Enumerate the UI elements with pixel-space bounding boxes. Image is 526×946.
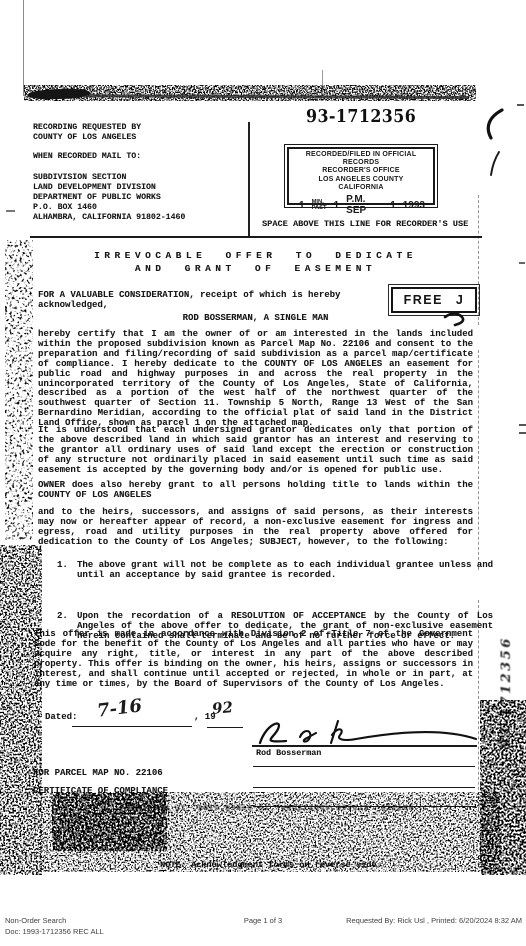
- space-above-line-label: SPACE ABOVE THIS LINE FOR RECORDER'S USE: [262, 220, 468, 230]
- recorder-stamp-box: RECORDED/FILED IN OFFICIAL RECORDS RECOR…: [287, 147, 435, 205]
- condition-number: 1.: [57, 561, 68, 571]
- date-underline: [72, 726, 192, 727]
- grantor-name: ROD BOSSERMAN, A SINGLE MAN: [38, 314, 473, 324]
- mail-to-line: P.O. BOX 1460: [33, 203, 243, 213]
- stamp-minutes: 1: [299, 200, 305, 211]
- blank-signature-line: [253, 787, 475, 788]
- scan-artifact: [28, 94, 468, 98]
- mail-to-line: ALHAMBRA, CALIFORNIA 91802-1460: [33, 213, 243, 223]
- scan-artifact: [478, 195, 479, 325]
- parcel-map-line: FOR PARCEL MAP NO. 22106: [33, 769, 163, 779]
- signature-line: [252, 745, 477, 747]
- margin-doc-number: 93-1712356: [499, 636, 514, 748]
- paragraph-certify: hereby certify that I am the owner of or…: [38, 330, 473, 429]
- footer-doc-id: Doc: 1993-1712356 REC ALL: [5, 926, 104, 937]
- note-line: NOTE: Acknowledgment forms on reverse si…: [160, 861, 382, 871]
- handwritten-year: 92: [211, 698, 233, 718]
- recording-requested-block: RECORDING REQUESTED BY COUNTY OF LOS ANG…: [33, 123, 243, 223]
- stamp-year: 1993: [403, 200, 425, 211]
- paragraph-understood: It is understood that each undersigned g…: [38, 426, 473, 476]
- reverse-showthrough-text: NOTICE: ATTACH ADDITIONAL TO OTHER SIDE,…: [110, 802, 422, 810]
- mail-to-line: SUBDIVISION SECTION: [33, 173, 243, 183]
- scan-artifact: [519, 424, 526, 426]
- scan-artifact: [478, 350, 479, 570]
- free-stamp: FREE J: [391, 287, 477, 313]
- mail-to-line: LAND DEVELOPMENT DIVISION: [33, 183, 243, 193]
- title-line-2: AND GRANT OF EASEMENT: [38, 262, 473, 275]
- dated-label: Dated:: [45, 713, 77, 723]
- mail-to-label: WHEN RECORDED MAIL TO:: [33, 152, 243, 162]
- scan-artifact: [517, 104, 524, 106]
- scan-noise: [0, 545, 42, 875]
- scan-artifact: [28, 88, 90, 100]
- scan-artifact: [519, 432, 526, 434]
- scan-artifact: [519, 262, 525, 264]
- scan-artifact: [482, 108, 508, 142]
- signer-typed-name: Rod Bosserman: [256, 749, 321, 759]
- scan-artifact: [23, 0, 24, 96]
- scan-noise: [24, 85, 476, 101]
- paragraph-heirs: and to the heirs, successors, and assign…: [38, 508, 473, 548]
- document-title: IRREVOCABLE OFFER TO DEDICATE AND GRANT …: [38, 249, 473, 275]
- recording-requested-line: COUNTY OF LOS ANGELES: [33, 133, 243, 143]
- condition-text: The above grant will not be complete as …: [77, 560, 493, 580]
- stamp-ampm-date: P.M. SEP: [346, 194, 383, 216]
- scan-noise: [5, 240, 33, 540]
- document-page: 93-1712356 RECORDING REQUESTED BY COUNTY…: [0, 0, 526, 946]
- header-rule: [30, 236, 482, 238]
- certificate-line: CERTIFICATE OF COMPLIANCE: [33, 787, 168, 797]
- blank-signature-line: [253, 766, 475, 767]
- consideration-line: FOR A VALUABLE CONSIDERATION, receipt of…: [38, 291, 398, 311]
- mail-to-line: DEPARTMENT OF PUBLIC WORKS: [33, 193, 243, 203]
- stamp-time-row: 1 MIN. PAST 1 P.M. SEP 1 1993: [289, 192, 433, 216]
- signature-scrawl: [250, 716, 482, 748]
- paragraph-offer: This offer is made in accordance with Di…: [34, 630, 473, 689]
- condition-number: 2.: [57, 612, 68, 622]
- free-stamp-text: FREE J: [404, 293, 465, 307]
- scan-artifact: [322, 70, 323, 96]
- footer-requested-by: Requested By: Rick Usl , Printed: 6/20/2…: [346, 915, 522, 926]
- handwritten-date: 7-16: [96, 695, 143, 721]
- paragraph-owner-grant: OWNER does also hereby grant to all pers…: [38, 481, 473, 501]
- scan-artifact: [6, 210, 15, 212]
- stamp-day: 1: [390, 200, 396, 211]
- stamp-past-label: PAST: [312, 205, 327, 211]
- condition-item-1: 1. The above grant will not be complete …: [57, 561, 493, 581]
- stamp-line: RECORDED/FILED IN OFFICIAL RECORDS: [289, 151, 433, 167]
- title-line-1: IRREVOCABLE OFFER TO DEDICATE: [38, 249, 473, 262]
- stamp-line: RECORDER'S OFFICE: [289, 167, 433, 175]
- year-underline: [207, 727, 243, 728]
- recording-requested-line: RECORDING REQUESTED BY: [33, 123, 243, 133]
- document-number-stamp: 93-1712356: [306, 106, 416, 127]
- stamp-hour: 1: [334, 200, 340, 211]
- scan-artifact: [488, 150, 502, 178]
- header-divider-line: [248, 122, 250, 237]
- stamp-line: LOS ANGELES COUNTY: [289, 176, 433, 184]
- stamp-line: CALIFORNIA: [289, 184, 433, 192]
